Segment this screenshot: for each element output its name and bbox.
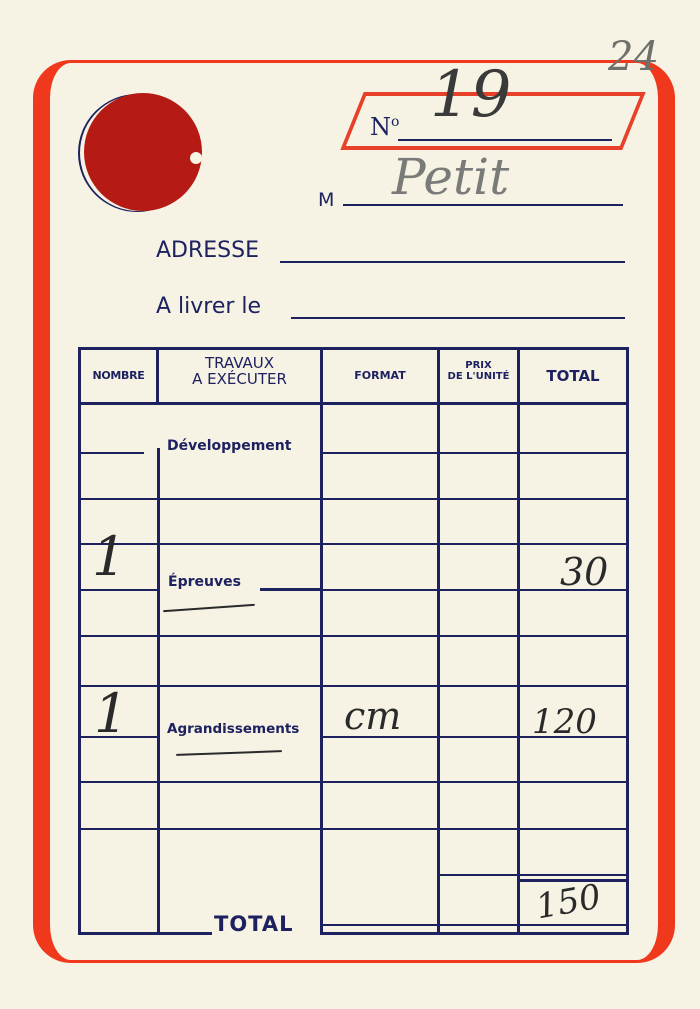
sticker-notch: [190, 152, 202, 164]
table-border-right: [626, 348, 629, 935]
agrandissements-quantity[interactable]: 1: [94, 682, 128, 745]
customer-label: M: [318, 189, 334, 211]
table-border-left: [78, 348, 81, 935]
header-nombre: NOMBRE: [81, 370, 156, 382]
row-line: [80, 635, 627, 637]
red-circle-sticker: [84, 93, 202, 211]
row-line: [80, 589, 158, 591]
agrandissements-format[interactable]: cm: [344, 694, 401, 738]
epreuves-total[interactable]: 30: [560, 550, 608, 594]
table-top-line: [78, 347, 629, 350]
row-line: [322, 452, 627, 454]
header-prix: PRIX DE L'UNITÉ: [440, 361, 517, 382]
header-bottom-line: [78, 402, 629, 405]
row-line: [80, 543, 627, 545]
number-line: [398, 139, 612, 141]
epreuves-line: [260, 588, 320, 590]
number-value[interactable]: 19: [430, 58, 511, 132]
number-label: No: [370, 113, 399, 141]
header-travaux-line2: A EXÉCUTER: [159, 372, 320, 388]
col-divider-prix: [517, 348, 520, 935]
epreuves-quantity[interactable]: 1: [92, 525, 126, 588]
total-label: TOTAL: [214, 912, 294, 936]
row-label-epreuves: Épreuves: [168, 574, 241, 590]
delivery-date-line[interactable]: [291, 317, 625, 319]
row-label-developpement: Développement: [167, 438, 291, 454]
row-line: [80, 498, 627, 500]
delivery-label: A livrer le: [156, 294, 261, 319]
row-line: [440, 874, 627, 876]
table-bottom-line-left: [78, 932, 212, 935]
row-label-agrandissements: Agrandissements: [167, 721, 299, 737]
address-label: ADRESSE: [156, 238, 259, 263]
address-line[interactable]: [280, 261, 625, 263]
customer-value[interactable]: Petit: [392, 148, 509, 206]
row-line: [80, 685, 627, 687]
header-travaux: TRAVAUX A EXÉCUTER: [159, 356, 320, 388]
table-bottom-line-right: [320, 932, 629, 935]
header-prix-line1: PRIX: [440, 361, 517, 372]
total-inner-line: [322, 924, 627, 926]
row-line: [80, 781, 627, 783]
agrandissements-total[interactable]: 120: [532, 702, 597, 742]
header-prix-line2: DE L'UNITÉ: [440, 372, 517, 383]
corner-handwritten-note: 24: [608, 34, 659, 80]
header-format: FORMAT: [323, 370, 437, 382]
header-total: TOTAL: [520, 369, 626, 385]
row-line: [80, 452, 144, 454]
row-line: [80, 828, 627, 830]
col-divider-format: [437, 348, 440, 935]
col-divider-travaux: [320, 348, 323, 935]
col-divider-nombre-body: [157, 448, 160, 935]
